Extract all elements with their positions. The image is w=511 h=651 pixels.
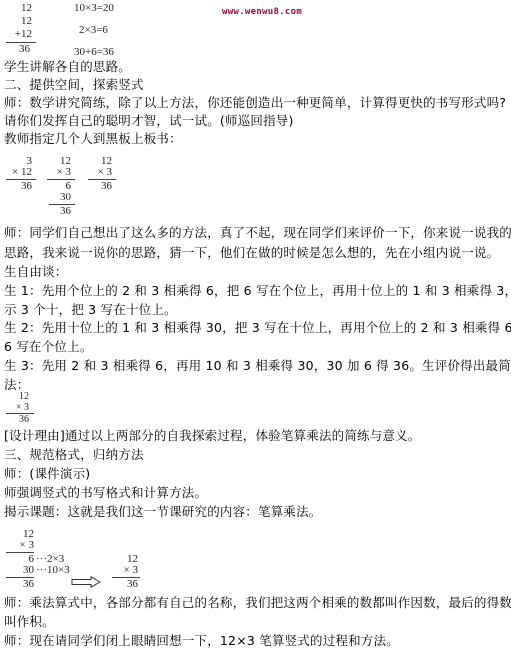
simplest-figure: 12 × 3 36 — [6, 391, 36, 427]
board-figure-c: 12 × 3 36 — [88, 155, 118, 195]
addend-2: 12 — [21, 15, 32, 27]
board-figure-a: 3 × 12 36 — [6, 155, 36, 195]
text-line: 学生讲解各自的思路。 — [4, 59, 131, 75]
text-line: 教师指定几个人到黑板上板书： — [4, 131, 182, 147]
text-line: 生 1：先用个位上的 2 和 3 相乘得 6，把 6 写在个位上，再用十位上的 … — [4, 283, 511, 299]
addend-1: 12 — [21, 2, 32, 14]
text-line: 师：同学们自己想出了这么多的方法，真了不起，现在同学们来评价一下，你来说一说我的 — [4, 225, 511, 241]
demo-figure-left: 12 × 3 6 ···2×3 30 ···10×3 36 — [6, 528, 76, 588]
section-heading: 三、规范格式，归纳方法 — [4, 447, 144, 463]
product: 36 — [127, 578, 138, 590]
partial-2: 30 — [60, 191, 71, 203]
design-reason: [设计理由]通过以上两部分的自我探索过程，体验笔算乘法的简练与意义。 — [4, 428, 421, 444]
product: 36 — [21, 180, 32, 192]
factor-mul: × 12 — [12, 166, 32, 178]
demo-figure-right: 12 × 3 36 — [112, 553, 142, 589]
product: 36 — [19, 414, 29, 425]
text-line: 生 3：先用 2 和 3 相乘得 6，再用 10 和 3 相乘得 30，30 加… — [4, 358, 511, 374]
text-line: 思路，我来说一说你的思路，猜一下，他们在做的时候是怎么想的，先在小组内说一说。 — [4, 245, 499, 261]
factor-mul: × 3 — [20, 539, 34, 551]
text-line: 示 3 个十，把 3 写在十位上。 — [4, 302, 177, 318]
sum: 36 — [19, 43, 30, 55]
text-line: 师：(课件演示) — [4, 466, 90, 482]
text-line: 6 写在个位上。 — [4, 339, 93, 355]
addend-3: +12 — [15, 28, 32, 40]
product: 36 — [23, 578, 34, 590]
factor-mul: × 3 — [16, 402, 29, 413]
factor-top: 12 — [19, 391, 29, 402]
text-line: 师：乘法算式中，各部分都有自己的名称，我们把这两个相乘的数都叫作因数，最后的得数 — [4, 595, 511, 611]
factor-mul: × 3 — [98, 166, 112, 178]
text-line: 师：数学讲究简练，除了以上方法，你还能创造出一种更简单，计算得更快的书写形式吗? — [4, 95, 506, 111]
section-heading: 二、提供空间，探索竖式 — [4, 77, 144, 93]
factor-mul: × 3 — [124, 564, 138, 576]
step-1: 10×3=20 — [74, 2, 114, 14]
text-line: 叫作积。 — [4, 614, 55, 630]
step-2: 2×3=6 — [79, 24, 108, 36]
product: 36 — [101, 180, 112, 192]
watermark: www.wenwu8.com — [222, 7, 302, 17]
partial-2: 30 — [23, 564, 34, 576]
board-figure-b: 12 × 3 6 30 36 — [47, 155, 77, 215]
right-arrow-icon — [71, 576, 101, 588]
factor-mul: × 3 — [57, 166, 71, 178]
product: 36 — [60, 205, 71, 217]
text-line: 生 2：先用十位上的 1 和 3 相乘得 30，把 3 写在十位上，再用个位上的… — [4, 320, 511, 336]
partial-2-note: ···10×3 — [36, 564, 70, 576]
text-line: 师：现在请同学们闭上眼睛回想一下，12×3 笔算竖式的过程和方法。 — [4, 633, 399, 649]
text-line: 请你们发挥自己的聪明才智，试一试。(师巡回指导) — [4, 113, 294, 129]
text-line: 师强调竖式的书写格式和计算方法。 — [4, 485, 207, 501]
text-line: 揭示课题：这就是我们这一节课研究的内容：笔算乘法。 — [4, 504, 322, 520]
step-3: 30+6=36 — [74, 46, 114, 58]
text-line: 生自由谈： — [4, 264, 68, 280]
